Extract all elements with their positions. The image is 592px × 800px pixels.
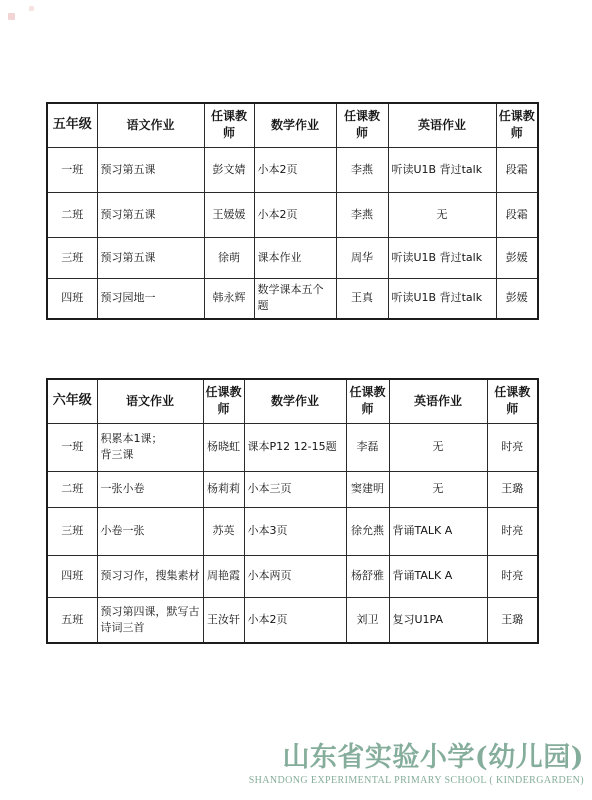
school-name-chinese: 山东省实验小学(幼儿园) [249,742,584,774]
col-header-english-homework: 英语作业 [389,379,487,423]
col-header-math-homework: 数学作业 [244,379,346,423]
chinese-homework-cell: 预习第五课 [97,237,204,278]
chinese-teacher-cell: 彭文婧 [204,147,254,192]
school-logo: 山东省实验小学(幼儿园) SHANDONG EXPERIMENTAL PRIMA… [249,742,584,786]
chinese-homework-cell: 预习第五课 [97,147,204,192]
chinese-homework-cell: 一张小卷 [97,471,203,507]
class-cell: 一班 [47,147,97,192]
math-homework-cell: 小本2页 [254,147,336,192]
english-homework-cell: 听读U1B 背过talk [388,237,496,278]
math-teacher-cell: 刘卫 [346,597,389,643]
math-teacher-cell: 周华 [336,237,388,278]
math-teacher-cell: 李磊 [346,423,389,471]
class-cell: 三班 [47,507,97,555]
english-teacher-cell: 时亮 [487,555,538,597]
table-row: 三班 小卷一张 苏英 小本3页 徐允燕 背诵TALK A 时亮 [47,507,538,555]
chinese-teacher-cell: 王汝轩 [203,597,244,643]
table-row: 四班 预习园地一 韩永辉 数学课本五个题 王真 听读U1B 背过talk 彭媛 [47,278,538,319]
document-page: 五年级 语文作业 任课教师 数学作业 任课教师 英语作业 任课教师 一班 预习第… [0,0,592,800]
table-row: 二班 预习第五课 王媛媛 小本2页 李燕 无 段霜 [47,192,538,237]
english-homework-cell: 背诵TALK A [389,507,487,555]
class-cell: 二班 [47,192,97,237]
math-homework-cell: 课本作业 [254,237,336,278]
chinese-homework-cell: 预习习作，搜集素材 [97,555,203,597]
math-teacher-cell: 徐允燕 [346,507,389,555]
col-header-english-teacher: 任课教师 [487,379,538,423]
math-homework-cell: 小本三页 [244,471,346,507]
chinese-teacher-cell: 王媛媛 [204,192,254,237]
school-name-english: SHANDONG EXPERIMENTAL PRIMARY SCHOOL ( K… [249,775,584,786]
chinese-teacher-cell: 杨莉莉 [203,471,244,507]
math-teacher-cell: 杨舒雅 [346,555,389,597]
english-homework-cell: 背诵TALK A [389,555,487,597]
english-homework-cell: 无 [389,423,487,471]
math-teacher-cell: 李燕 [336,147,388,192]
english-homework-cell: 复习U1PA [389,597,487,643]
english-teacher-cell: 彭媛 [496,278,538,319]
col-header-chinese-homework: 语文作业 [97,103,204,147]
table-row: 一班 预习第五课 彭文婧 小本2页 李燕 听读U1B 背过talk 段霜 [47,147,538,192]
chinese-teacher-cell: 周艳霞 [203,555,244,597]
grade-label: 五年级 [47,103,97,147]
chinese-teacher-cell: 韩永辉 [204,278,254,319]
class-cell: 一班 [47,423,97,471]
english-homework-cell: 听读U1B 背过talk [388,147,496,192]
table-row: 四班 预习习作，搜集素材 周艳霞 小本两页 杨舒雅 背诵TALK A 时亮 [47,555,538,597]
table-row: 二班 一张小卷 杨莉莉 小本三页 窦建明 无 王璐 [47,471,538,507]
table-header-row: 六年级 语文作业 任课教师 数学作业 任课教师 英语作业 任课教师 [47,379,538,423]
math-homework-cell: 课本P12 12-15题 [244,423,346,471]
math-homework-cell: 数学课本五个题 [254,278,336,319]
col-header-chinese-teacher: 任课教师 [204,103,254,147]
chinese-homework-cell: 小卷一张 [97,507,203,555]
math-homework-cell: 小本2页 [254,192,336,237]
chinese-teacher-cell: 徐萌 [204,237,254,278]
col-header-math-homework: 数学作业 [254,103,336,147]
chinese-homework-cell: 预习第四课，默写古诗词三首 [97,597,203,643]
class-cell: 三班 [47,237,97,278]
math-teacher-cell: 李燕 [336,192,388,237]
math-homework-cell: 小本2页 [244,597,346,643]
english-teacher-cell: 王璐 [487,597,538,643]
col-header-chinese-teacher: 任课教师 [203,379,244,423]
class-cell: 四班 [47,555,97,597]
class-cell: 五班 [47,597,97,643]
class-cell: 二班 [47,471,97,507]
table-row: 一班 积累本1课； 背三课 杨晓虹 课本P12 12-15题 李磊 无 时亮 [47,423,538,471]
chinese-teacher-cell: 杨晓虹 [203,423,244,471]
chinese-teacher-cell: 苏英 [203,507,244,555]
math-homework-cell: 小本两页 [244,555,346,597]
col-header-english-teacher: 任课教师 [496,103,538,147]
chinese-homework-cell: 积累本1课； 背三课 [97,423,203,471]
english-teacher-cell: 段霜 [496,147,538,192]
red-stamp-mark [29,6,34,11]
english-homework-cell: 无 [389,471,487,507]
math-teacher-cell: 窦建明 [346,471,389,507]
grade6-homework-table: 六年级 语文作业 任课教师 数学作业 任课教师 英语作业 任课教师 一班 积累本… [46,378,539,644]
english-teacher-cell: 时亮 [487,507,538,555]
english-teacher-cell: 时亮 [487,423,538,471]
table-row: 三班 预习第五课 徐萌 课本作业 周华 听读U1B 背过talk 彭媛 [47,237,538,278]
class-cell: 四班 [47,278,97,319]
english-teacher-cell: 王璐 [487,471,538,507]
chinese-homework-cell: 预习园地一 [97,278,204,319]
english-teacher-cell: 彭媛 [496,237,538,278]
col-header-math-teacher: 任课教师 [336,103,388,147]
math-homework-cell: 小本3页 [244,507,346,555]
grade-label: 六年级 [47,379,97,423]
english-teacher-cell: 段霜 [496,192,538,237]
table-row: 五班 预习第四课，默写古诗词三首 王汝轩 小本2页 刘卫 复习U1PA 王璐 [47,597,538,643]
math-teacher-cell: 王真 [336,278,388,319]
grade5-homework-table: 五年级 语文作业 任课教师 数学作业 任课教师 英语作业 任课教师 一班 预习第… [46,102,539,320]
chinese-homework-cell: 预习第五课 [97,192,204,237]
col-header-english-homework: 英语作业 [388,103,496,147]
col-header-chinese-homework: 语文作业 [97,379,203,423]
red-stamp-mark [8,13,15,20]
table-header-row: 五年级 语文作业 任课教师 数学作业 任课教师 英语作业 任课教师 [47,103,538,147]
english-homework-cell: 无 [388,192,496,237]
col-header-math-teacher: 任课教师 [346,379,389,423]
english-homework-cell: 听读U1B 背过talk [388,278,496,319]
